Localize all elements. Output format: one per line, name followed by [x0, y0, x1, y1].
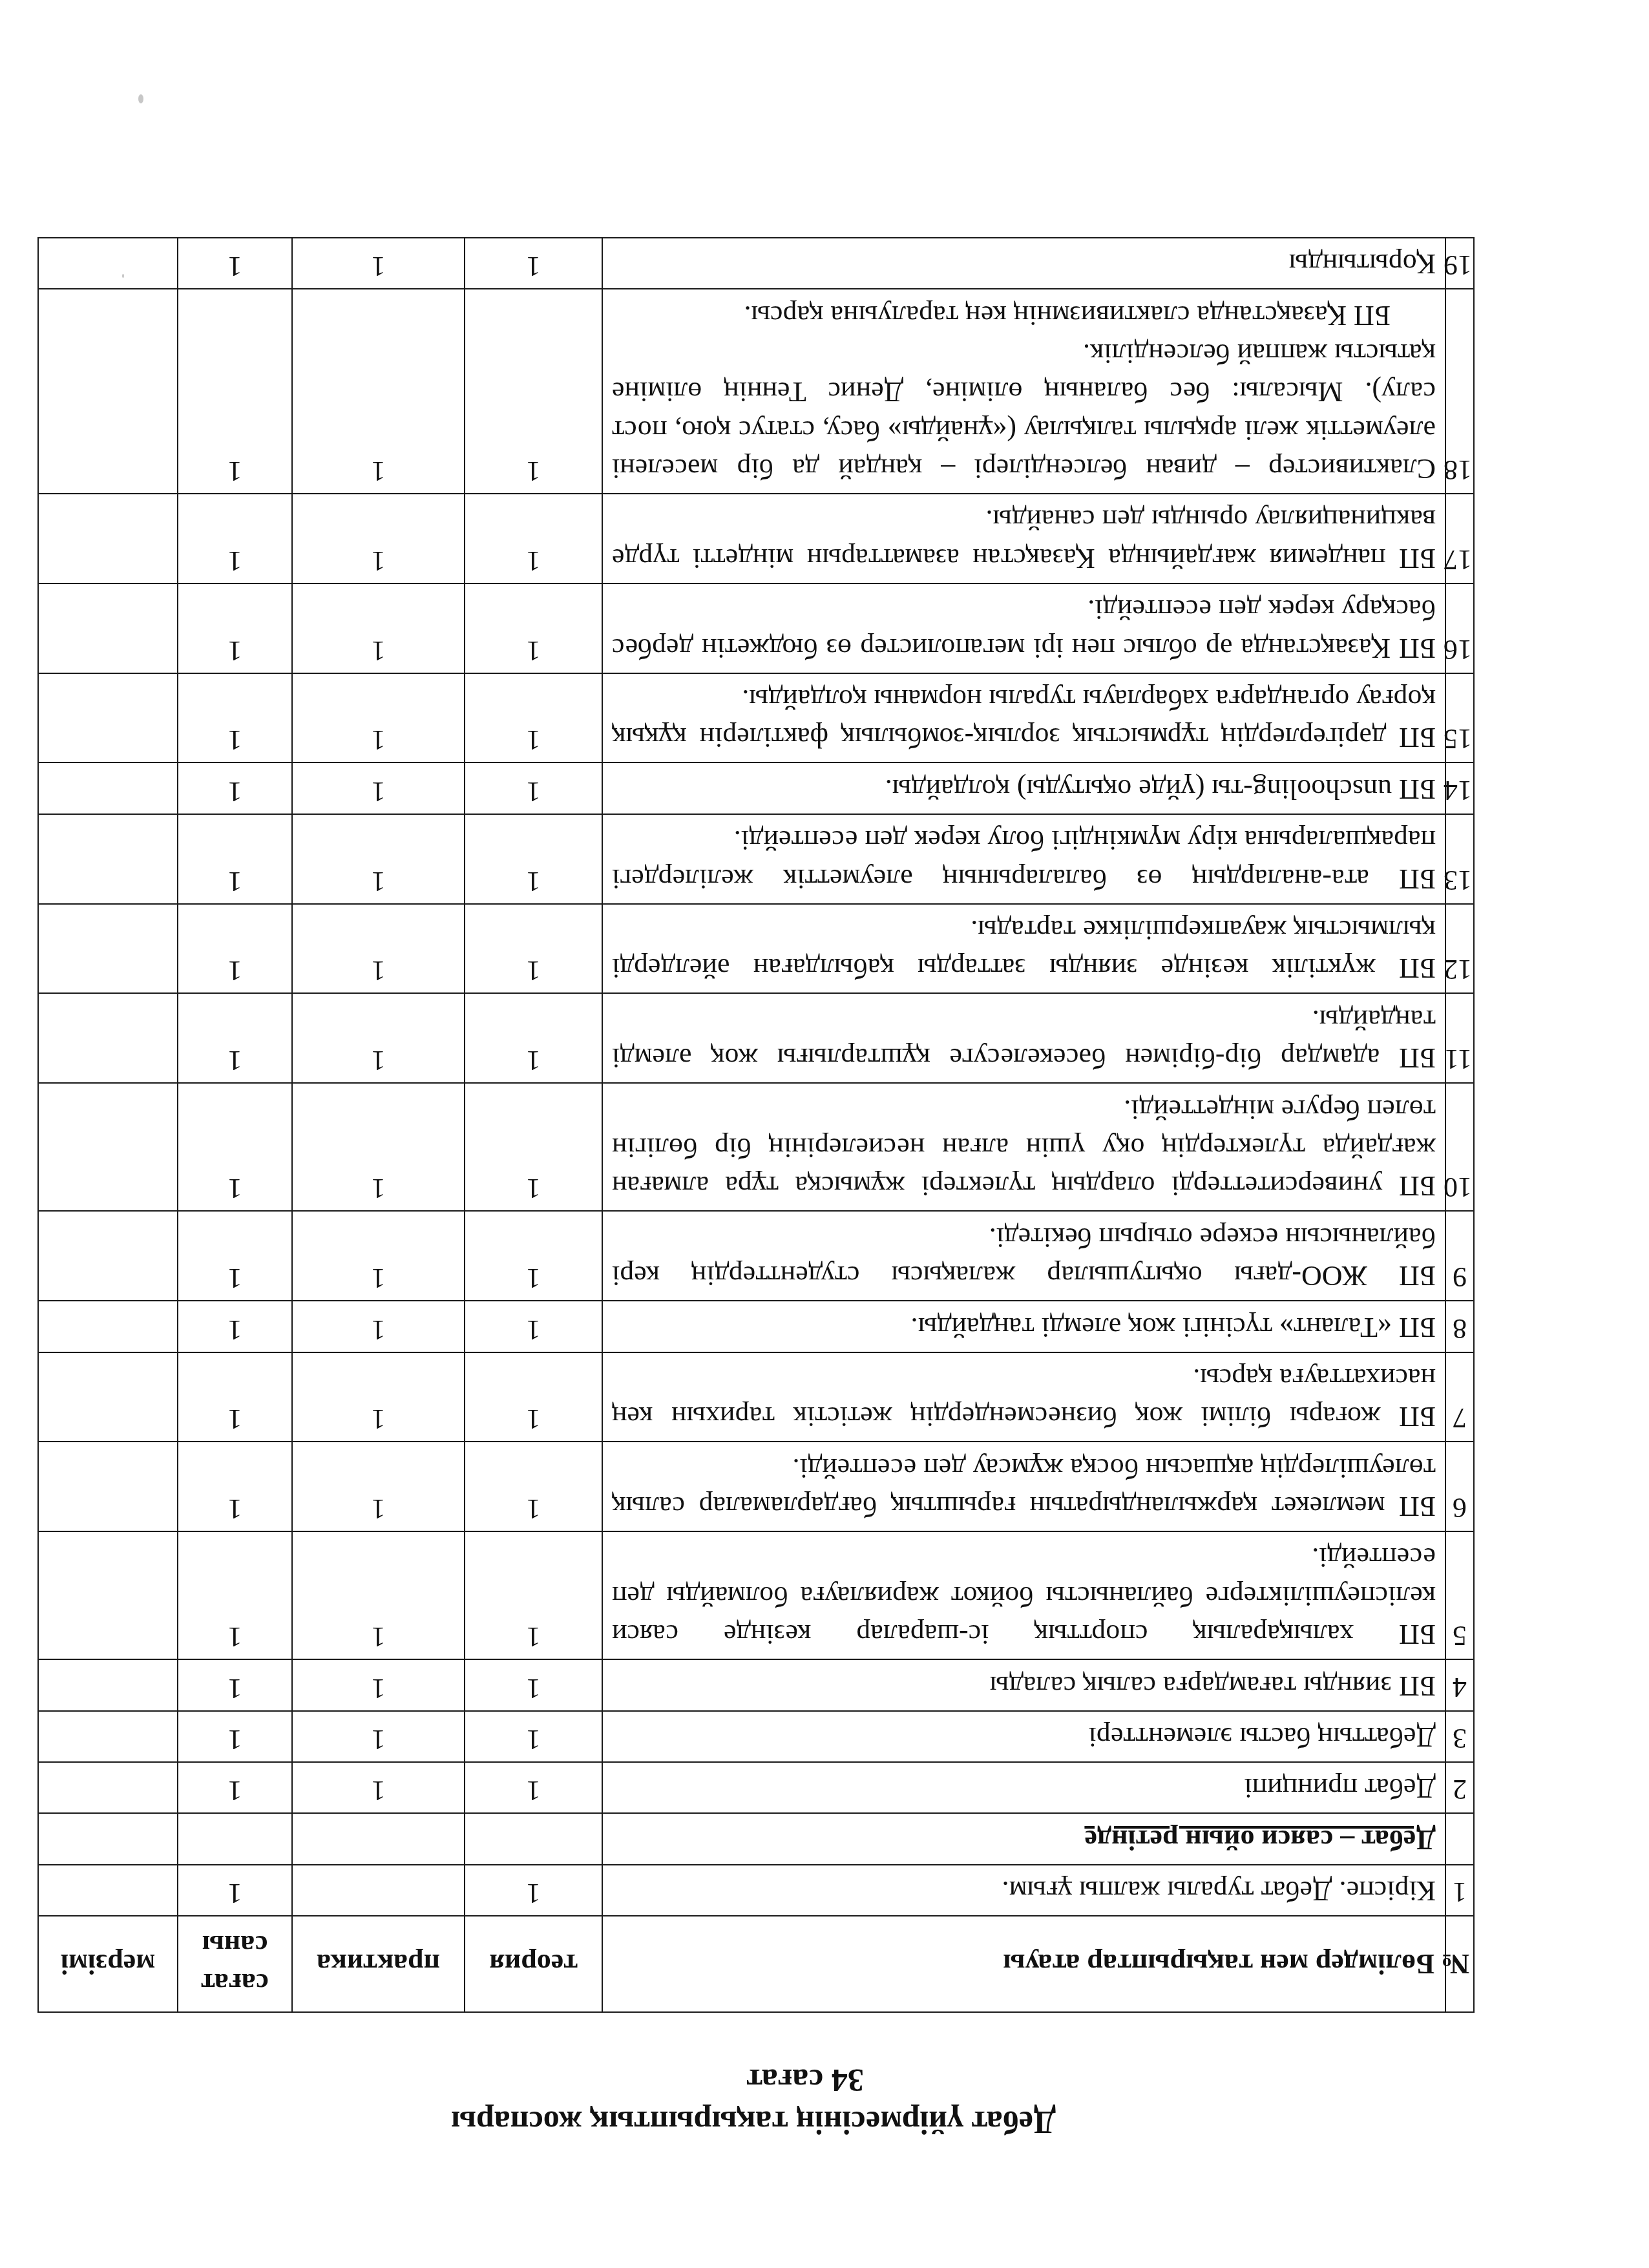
header-hours: сағат саны	[178, 1916, 292, 2012]
cell-name: Дебат – саяси ойын ретінде	[602, 1813, 1445, 1864]
cell-hours: 1	[178, 1711, 292, 1762]
cell-theory: 1	[465, 1211, 602, 1301]
cell-name: БП зиянды тағамдарға салық салады	[602, 1659, 1445, 1710]
cell-practice: 1	[292, 494, 465, 583]
cell-hours: 1	[178, 1301, 292, 1352]
topic-motion: БП Қазақстанда слактивизмнің кең таралуы…	[612, 296, 1436, 334]
header-practice: практика	[292, 1916, 465, 2012]
topic-text: Слактивистер – диван белсенділері – қанд…	[612, 335, 1436, 488]
table-row: 2Дебат принципі111	[38, 1762, 1474, 1813]
cell-practice: 1	[292, 289, 465, 494]
header-deadline: мерзімі	[38, 1916, 178, 2012]
cell-theory: 1	[465, 289, 602, 494]
cell-theory: 1	[465, 814, 602, 904]
cell-hours: 1	[178, 1352, 292, 1442]
cell-theory: 1	[465, 238, 602, 289]
cell-deadline	[38, 1813, 178, 1864]
table-row: 9БП ЖОО-дағы оқытушылар жалақысы студент…	[38, 1211, 1474, 1301]
cell-number: 6	[1445, 1442, 1474, 1531]
cell-hours: 1	[178, 1659, 292, 1710]
cell-theory: 1	[465, 673, 602, 763]
table-row: 18Слактивистер – диван белсенділері – қа…	[38, 289, 1474, 494]
cell-hours: 1	[178, 762, 292, 814]
cell-deadline	[38, 814, 178, 904]
cell-number: 8	[1445, 1301, 1474, 1352]
cell-deadline	[38, 904, 178, 994]
cell-name: Слактивистер – диван белсенділері – қанд…	[602, 289, 1445, 494]
cell-name: БП жүктілік кезінде зиянды заттарды қабы…	[602, 904, 1445, 994]
header-number: №	[1445, 1916, 1474, 2012]
table-row: 3Дебаттың басты элементтері111	[38, 1711, 1474, 1762]
cell-hours: 1	[178, 1865, 292, 1916]
cell-practice: 1	[292, 1211, 465, 1301]
cell-deadline	[38, 1659, 178, 1710]
cell-practice: 1	[292, 1442, 465, 1531]
cell-practice: 1	[292, 1659, 465, 1710]
table-row: 14БП unschooling-ты (үйде оқытуды) қолда…	[38, 762, 1474, 814]
cell-name: БП дәрігерлердің тұрмыстық зорлық-зомбыл…	[602, 673, 1445, 763]
table-row: 16БП Қазақстанда әр облыс пен ірі мегапо…	[38, 583, 1474, 673]
cell-practice	[292, 1813, 465, 1864]
cell-theory: 1	[465, 904, 602, 994]
cell-number: 17	[1445, 494, 1474, 583]
cell-practice: 1	[292, 1301, 465, 1352]
cell-deadline	[38, 1531, 178, 1659]
cell-practice: 1	[292, 1531, 465, 1659]
table-row: 13БП ата-аналардың өз балаларының әлеуме…	[38, 814, 1474, 904]
cell-name: Қорытынды	[602, 238, 1445, 289]
table-row: 12БП жүктілік кезінде зиянды заттарды қа…	[38, 904, 1474, 994]
cell-deadline	[38, 1442, 178, 1531]
cell-theory: 1	[465, 993, 602, 1083]
cell-theory: 1	[465, 1352, 602, 1442]
table-row: 7БП жоғары білімі жоқ бизнесмендердің же…	[38, 1352, 1474, 1442]
cell-practice: 1	[292, 1352, 465, 1442]
cell-deadline	[38, 1301, 178, 1352]
cell-number: 1	[1445, 1865, 1474, 1916]
cell-practice: 1	[292, 238, 465, 289]
cell-deadline	[38, 238, 178, 289]
cell-hours: 1	[178, 1762, 292, 1813]
cell-deadline	[38, 762, 178, 814]
cell-name: БП университеттерді олардың түлектері жұ…	[602, 1083, 1445, 1211]
cell-number: 3	[1445, 1711, 1474, 1762]
table-body: 1Кіріспе. Дебат туралы жалпы ұғым.11Деба…	[38, 238, 1474, 1916]
table-header-row: № Бөлімдер мен тақырыптар атауы теория п…	[38, 1916, 1474, 2012]
cell-hours: 1	[178, 993, 292, 1083]
cell-deadline	[38, 1352, 178, 1442]
scanned-page: Дебат үйірмесінің тақырыптық жоспары 34 …	[0, 0, 1649, 2268]
cell-deadline	[38, 494, 178, 583]
cell-practice	[292, 1865, 465, 1916]
cell-theory	[465, 1813, 602, 1864]
cell-deadline	[38, 289, 178, 494]
cell-name: БП жоғары білімі жоқ бизнесмендердің жет…	[602, 1352, 1445, 1442]
scan-speck	[138, 94, 143, 103]
table-row: 11БП адамдар бір-бірімен бәсекелесуге құ…	[38, 993, 1474, 1083]
cell-hours: 1	[178, 1083, 292, 1211]
cell-hours: 1	[178, 583, 292, 673]
cell-hours: 1	[178, 904, 292, 994]
table-row: 6БП мемлекет қаржыландыратын ғарыштық ба…	[38, 1442, 1474, 1531]
cell-theory: 1	[465, 1442, 602, 1531]
cell-number: 14	[1445, 762, 1474, 814]
table-row: 1Кіріспе. Дебат туралы жалпы ұғым.11	[38, 1865, 1474, 1916]
cell-number: 5	[1445, 1531, 1474, 1659]
cell-number: 10	[1445, 1083, 1474, 1211]
document-hours: 34 сағат	[0, 2064, 1649, 2097]
cell-number: 4	[1445, 1659, 1474, 1710]
section-row: Дебат – саяси ойын ретінде	[38, 1813, 1474, 1864]
table-row: 19Қорытынды111	[38, 238, 1474, 289]
cell-number: 11	[1445, 993, 1474, 1083]
cell-number: 9	[1445, 1211, 1474, 1301]
cell-name: Дебат принципі	[602, 1762, 1445, 1813]
cell-number: 15	[1445, 673, 1474, 763]
cell-name: БП ата-аналардың өз балаларының әлеуметт…	[602, 814, 1445, 904]
cell-hours: 1	[178, 673, 292, 763]
table-row: 4БП зиянды тағамдарға салық салады111	[38, 1659, 1474, 1710]
cell-number: 16	[1445, 583, 1474, 673]
table-row: 10БП университеттерді олардың түлектері …	[38, 1083, 1474, 1211]
table-row: 15БП дәрігерлердің тұрмыстық зорлық-зомб…	[38, 673, 1474, 763]
cell-number: 12	[1445, 904, 1474, 994]
cell-hours: 1	[178, 289, 292, 494]
table-row: 5БП халықаралық спорттық іс-шаралар кезі…	[38, 1531, 1474, 1659]
header-theory: теория	[465, 1916, 602, 2012]
cell-number: 18	[1445, 289, 1474, 494]
header-name: Бөлімдер мен тақырыптар атауы	[602, 1916, 1445, 2012]
thematic-plan-table: № Бөлімдер мен тақырыптар атауы теория п…	[37, 237, 1475, 2013]
cell-name: БП unschooling-ты (үйде оқытуды) қолдайд…	[602, 762, 1445, 814]
cell-name: БП Қазақстанда әр облыс пен ірі мегаполи…	[602, 583, 1445, 673]
cell-practice: 1	[292, 1711, 465, 1762]
table-row: 8БП «Талант» түсінігі жоқ әлемді таңдайд…	[38, 1301, 1474, 1352]
cell-name: БП адамдар бір-бірімен бәсекелесуге құшт…	[602, 993, 1445, 1083]
cell-hours: 1	[178, 494, 292, 583]
cell-hours: 1	[178, 1442, 292, 1531]
cell-deadline	[38, 1083, 178, 1211]
cell-name: БП «Талант» түсінігі жоқ әлемді таңдайды…	[602, 1301, 1445, 1352]
cell-hours	[178, 1813, 292, 1864]
cell-practice: 1	[292, 583, 465, 673]
cell-hours: 1	[178, 814, 292, 904]
cell-theory: 1	[465, 1301, 602, 1352]
cell-theory: 1	[465, 494, 602, 583]
scan-speck	[122, 274, 124, 278]
cell-number: 7	[1445, 1352, 1474, 1442]
cell-theory: 1	[465, 1711, 602, 1762]
cell-practice: 1	[292, 814, 465, 904]
cell-name: БП ЖОО-дағы оқытушылар жалақысы студентт…	[602, 1211, 1445, 1301]
cell-name: Кіріспе. Дебат туралы жалпы ұғым.	[602, 1865, 1445, 1916]
cell-practice: 1	[292, 1083, 465, 1211]
table-row: 17БП пандемия жағдайында Қазақстан азама…	[38, 494, 1474, 583]
cell-number	[1445, 1813, 1474, 1864]
document-title: Дебат үйірмесінің тақырыптық жоспары	[0, 2106, 1649, 2139]
cell-theory: 1	[465, 1083, 602, 1211]
cell-name: БП мемлекет қаржыландыратын ғарыштық бағ…	[602, 1442, 1445, 1531]
cell-deadline	[38, 1865, 178, 1916]
cell-theory: 1	[465, 1659, 602, 1710]
cell-practice: 1	[292, 993, 465, 1083]
cell-theory: 1	[465, 1762, 602, 1813]
cell-practice: 1	[292, 762, 465, 814]
cell-deadline	[38, 1762, 178, 1813]
cell-name: Дебаттың басты элементтері	[602, 1711, 1445, 1762]
cell-practice: 1	[292, 904, 465, 994]
cell-theory: 1	[465, 762, 602, 814]
cell-deadline	[38, 993, 178, 1083]
cell-name: БП пандемия жағдайында Қазақстан азаматт…	[602, 494, 1445, 583]
cell-theory: 1	[465, 583, 602, 673]
cell-hours: 1	[178, 1211, 292, 1301]
cell-number: 2	[1445, 1762, 1474, 1813]
cell-deadline	[38, 673, 178, 763]
cell-practice: 1	[292, 1762, 465, 1813]
cell-deadline	[38, 1211, 178, 1301]
cell-deadline	[38, 1711, 178, 1762]
cell-deadline	[38, 583, 178, 673]
cell-name: БП халықаралық спорттық іс-шаралар кезін…	[602, 1531, 1445, 1659]
cell-number: 13	[1445, 814, 1474, 904]
cell-practice: 1	[292, 673, 465, 763]
cell-theory: 1	[465, 1531, 602, 1659]
cell-hours: 1	[178, 238, 292, 289]
cell-number: 19	[1445, 238, 1474, 289]
cell-theory: 1	[465, 1865, 602, 1916]
cell-hours: 1	[178, 1531, 292, 1659]
